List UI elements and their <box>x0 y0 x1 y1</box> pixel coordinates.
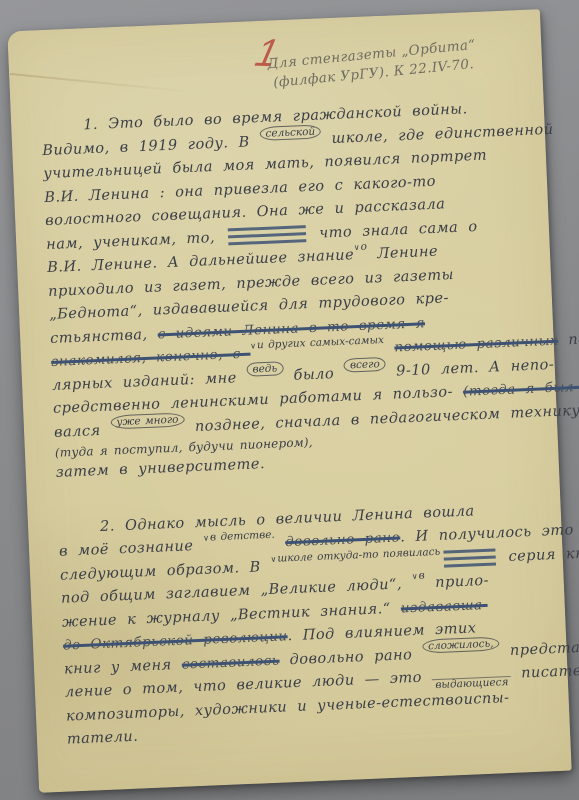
inserted-text-above: о <box>354 242 368 254</box>
paper-crease <box>10 73 189 93</box>
handwritten-text: было <box>283 365 344 384</box>
handwritten-text: довольно рано <box>279 646 423 668</box>
struck-text: знакомился, конечно, с <box>51 346 251 370</box>
scribble-strike <box>443 549 496 568</box>
handwritten-text: нам, ученикам, то, <box>46 229 226 252</box>
struck-text: помощью различных <box>394 333 558 356</box>
manuscript-text: 1. Это было во время гражданской войны.В… <box>41 96 559 753</box>
handwritten-text: затем в университете. <box>55 456 265 481</box>
handwritten-text: 9-10 лет. А непо- <box>386 356 555 379</box>
struck-text: издававша- <box>400 596 487 616</box>
handwritten-text: татели. <box>67 729 139 748</box>
handwritten-text: писатели, <box>511 662 579 682</box>
inserted-text-circled: сельской <box>259 124 321 141</box>
handwritten-text: лярных изданий: мне <box>52 369 247 393</box>
pencil-note: Для стенгазеты „Орбита“ (филфак УрГУ). К… <box>267 31 529 93</box>
scribble-strike <box>228 225 307 245</box>
inserted-text-above: в детстве. <box>203 530 275 544</box>
handwritten-text: . И получилось это <box>400 522 574 545</box>
inserted-text-below: выдающиеся <box>432 676 512 690</box>
inserted-text-circled: всего <box>344 356 386 372</box>
handwritten-text: что знала сама о <box>309 218 478 241</box>
struck-text: (тогда я был пионером) <box>463 375 579 399</box>
handwritten-text: серия книг <box>498 544 579 565</box>
handwritten-text: представ- <box>500 639 579 659</box>
handwritten-text: в моё сознание <box>59 538 204 560</box>
handwritten-text: Ленине <box>367 244 438 263</box>
struck-text: составилось <box>181 652 279 672</box>
handwritten-text: прило- <box>425 573 490 592</box>
paragraph: 2. Однако мысль о величии Ленина вошлав … <box>58 497 559 752</box>
photo-background: { "colors": { "background": "#8b8c8e", "… <box>0 0 579 800</box>
handwritten-text: попу- <box>558 330 579 348</box>
handwritten-text: книг у меня <box>64 656 182 677</box>
handwritten-text <box>384 340 395 356</box>
inserted-text-circled: ведь <box>246 361 283 377</box>
paragraph: 1. Это было во время гражданской войны.В… <box>41 96 548 486</box>
handwritten-text: стьянства, <box>50 326 158 346</box>
handwritten-text: вался <box>54 422 111 440</box>
inserted-text-above: в <box>412 570 425 582</box>
manuscript-page: 1 Для стенгазеты „Орбита“ (филфак УрГУ).… <box>7 9 571 793</box>
